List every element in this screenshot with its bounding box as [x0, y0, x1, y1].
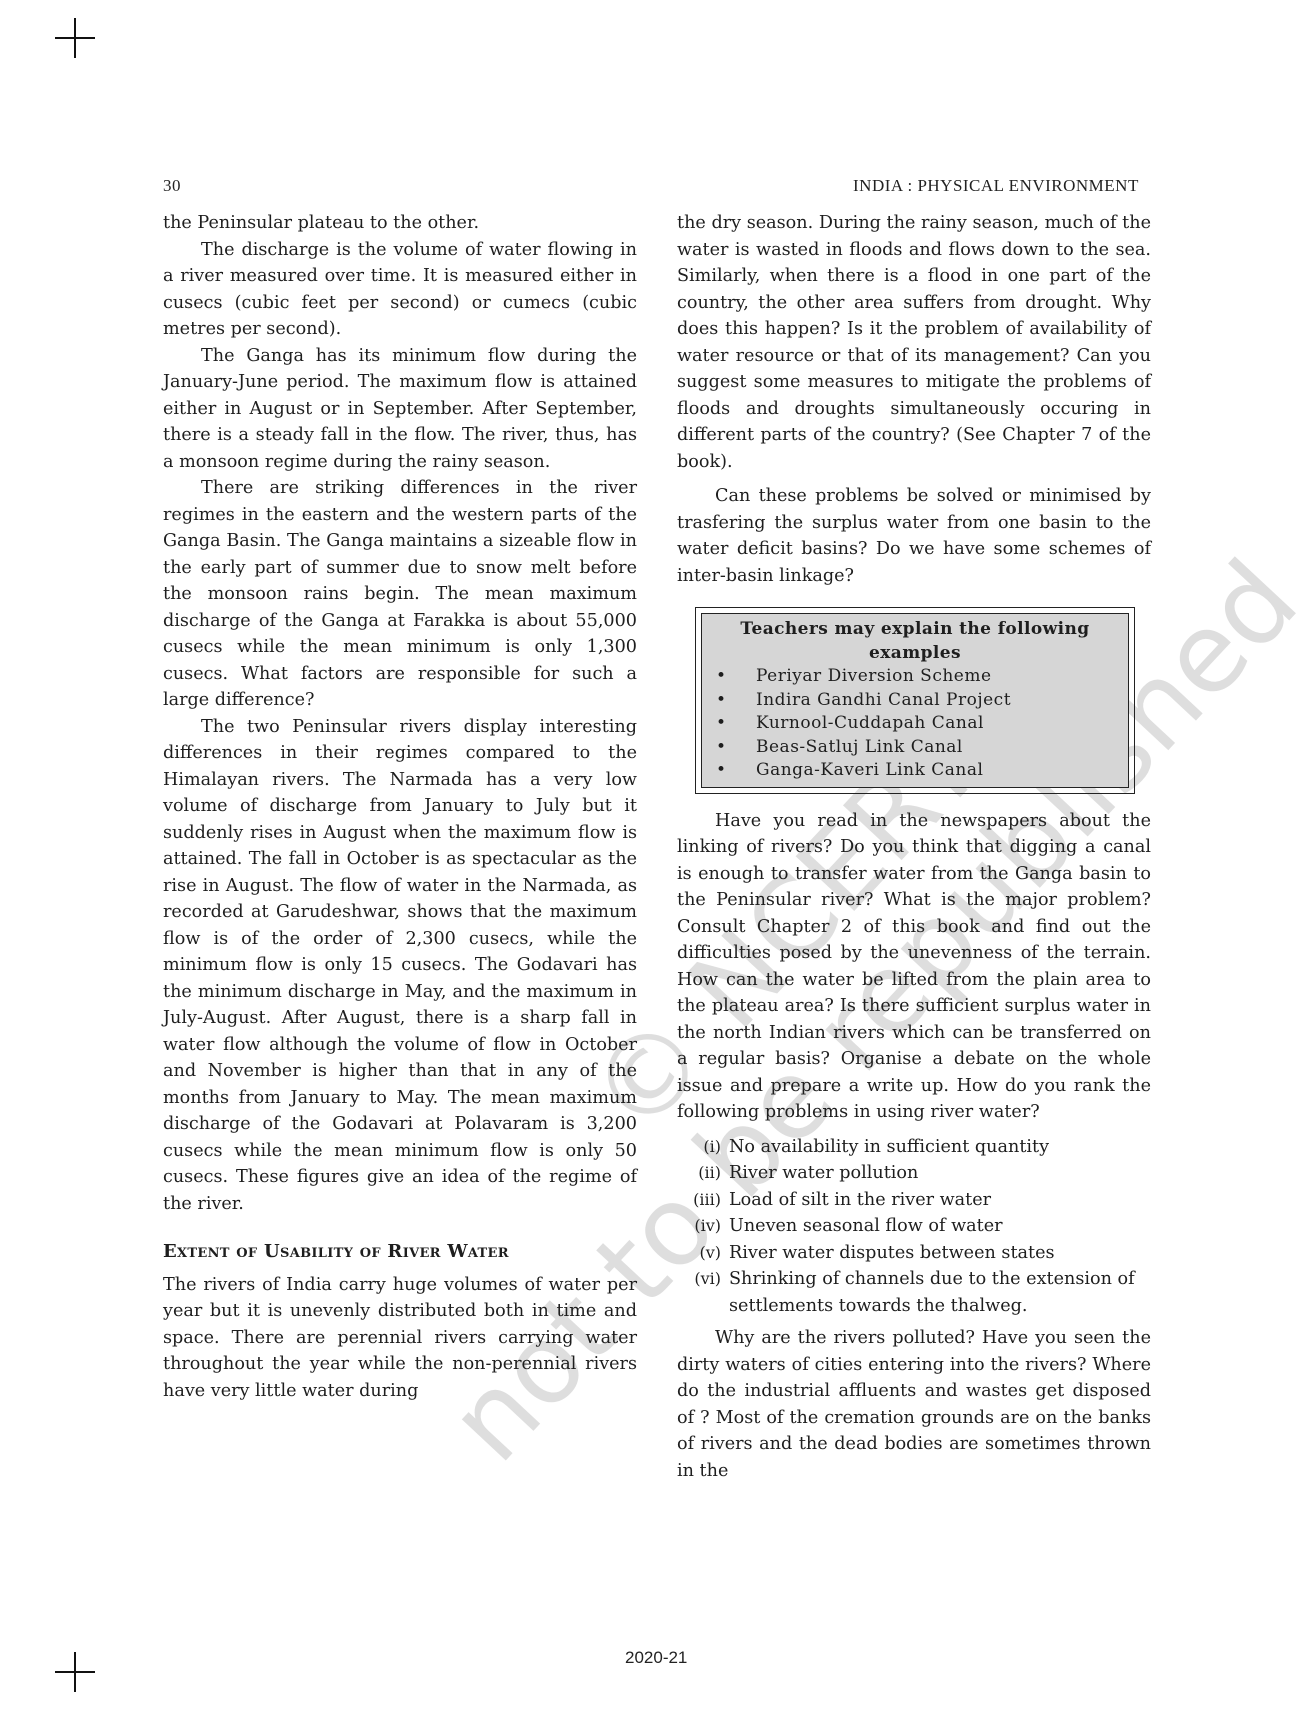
bullet-icon: •: [716, 759, 756, 783]
paragraph: the Peninsular plateau to the other.: [163, 210, 637, 237]
paragraph-pollution: Why are the rivers polluted? Have you se…: [677, 1325, 1151, 1484]
bullet-icon: •: [716, 712, 756, 736]
list-item: •Indira Gandhi Canal Project: [716, 689, 1114, 713]
box-title: Teachers may explain the following examp…: [716, 618, 1114, 665]
paragraph-ganga-basin: There are striking differences in the ri…: [163, 475, 637, 714]
list-item: (v)River water disputes between states: [677, 1240, 1151, 1267]
list-item: •Beas-Satluj Link Canal: [716, 736, 1114, 760]
bullet-icon: •: [716, 665, 756, 689]
section-heading: Extent of Usability of River Water: [163, 1239, 637, 1266]
page-number: 30: [163, 176, 181, 196]
paragraph-linking-rivers: Have you read in the newspapers about th…: [677, 808, 1151, 1126]
paragraph-discharge: The discharge is the volume of water flo…: [163, 237, 637, 343]
list-item: •Periyar Diversion Scheme: [716, 665, 1114, 689]
footer-year: 2020-21: [625, 1648, 687, 1668]
paragraph-inter-basin: Can these problems be solved or minimise…: [677, 483, 1151, 589]
list-item: (iii)Load of silt in the river water: [677, 1187, 1151, 1214]
problems-list: (i)No availability in sufficient quantit…: [677, 1134, 1151, 1320]
bullet-icon: •: [716, 689, 756, 713]
list-item: (iv)Uneven seasonal flow of water: [677, 1213, 1151, 1240]
list-item: (ii)River water pollution: [677, 1160, 1151, 1187]
examples-list: •Periyar Diversion Scheme •Indira Gandhi…: [716, 665, 1114, 783]
list-item: (vi)Shrinking of channels due to the ext…: [677, 1266, 1151, 1319]
crop-mark-top-left: [55, 18, 95, 58]
paragraph-peninsular-rivers: The two Peninsular rivers display intere…: [163, 714, 637, 1218]
paragraph-dry-season: the dry season. During the rainy season,…: [677, 210, 1151, 475]
right-column: the dry season. During the rainy season,…: [677, 210, 1151, 1484]
running-title: INDIA : PHYSICAL ENVIRONMENT: [853, 176, 1139, 196]
paragraph-usability: The rivers of India carry huge volumes o…: [163, 1272, 637, 1405]
left-column: the Peninsular plateau to the other. The…: [163, 210, 637, 1404]
bullet-icon: •: [716, 736, 756, 760]
teachers-note-inner: Teachers may explain the following examp…: [701, 613, 1129, 788]
list-item: (i)No availability in sufficient quantit…: [677, 1134, 1151, 1161]
teachers-note-box: Teachers may explain the following examp…: [695, 607, 1135, 794]
paragraph-ganga-flow: The Ganga has its minimum flow during th…: [163, 343, 637, 476]
list-item: •Ganga-Kaveri Link Canal: [716, 759, 1114, 783]
list-item: •Kurnool-Cuddapah Canal: [716, 712, 1114, 736]
crop-mark-bottom-left: [55, 1652, 95, 1692]
